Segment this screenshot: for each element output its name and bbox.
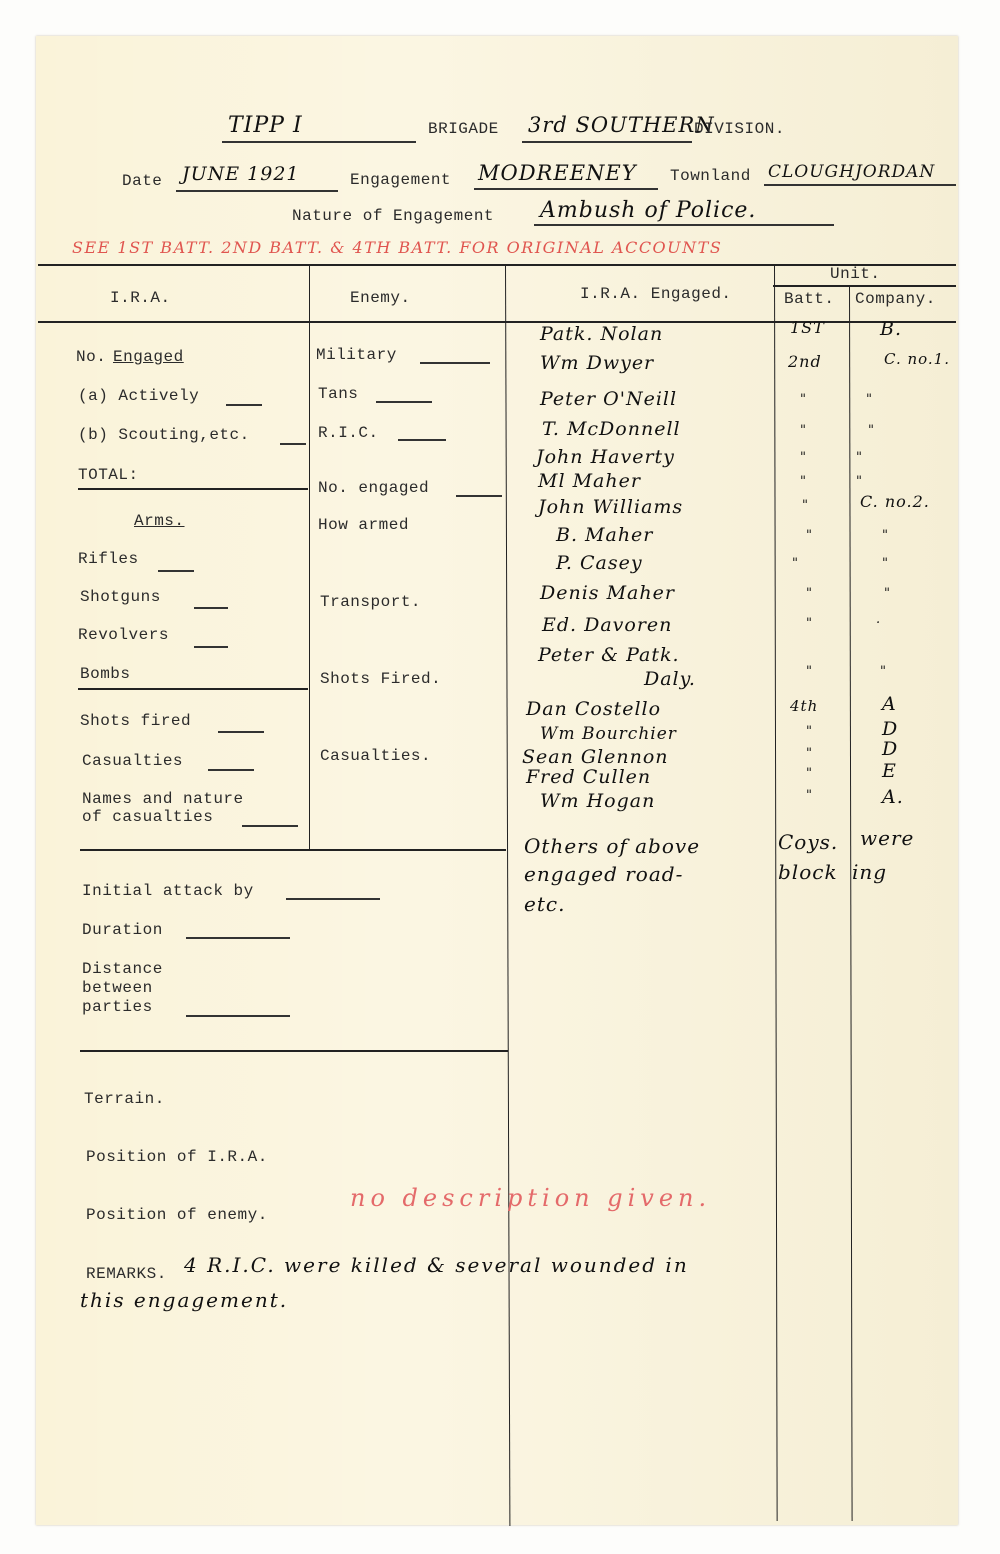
label-casualties: Casualties [82, 752, 183, 770]
engaged-batt: " [806, 528, 813, 543]
header-batt: Batt. [784, 290, 835, 308]
label-enemy-casualties: Casualties. [320, 747, 431, 765]
names-nature-blank [242, 825, 298, 827]
rifles-blank [158, 570, 194, 572]
engaged-company: " [868, 423, 875, 438]
nature-underline [534, 224, 834, 226]
scouting-blank [280, 443, 306, 445]
label-enemy-shots-fired: Shots Fired. [320, 670, 441, 688]
engaged-name: Peter O'Neill [540, 388, 677, 410]
engaged-batt: " [792, 556, 799, 571]
others-note-line2: block [778, 860, 838, 884]
label-transport: Transport. [320, 593, 421, 611]
engagement-underline [474, 188, 658, 190]
revolvers-blank [194, 646, 228, 648]
others-note-line3: etc. [524, 892, 565, 916]
engaged-batt: " [806, 788, 813, 803]
engaged-batt: 2nd [788, 352, 822, 371]
label-position-ira: Position of I.R.A. [86, 1148, 268, 1166]
engaged-company: C. no.2. [860, 492, 930, 511]
engaged-company: " [880, 664, 887, 679]
label-bombs: Bombs [80, 665, 131, 683]
label-distance-2: between [82, 979, 153, 997]
engaged-batt: " [800, 450, 807, 465]
red-note-original-accounts: SEE 1ST BATT. 2ND BATT. & 4TH BATT. FOR … [72, 238, 722, 257]
engaged-batt: " [806, 616, 813, 631]
engaged-name: John Haverty [536, 446, 675, 468]
townland-value: CLOUGHJORDAN [768, 162, 935, 182]
engaged-batt: 1ST [790, 318, 825, 337]
brigade-label: BRIGADE [428, 120, 499, 138]
engaged-name: T. McDonnell [542, 418, 681, 440]
remarks-line2: this engagement. [80, 1288, 288, 1312]
section-rule-initial-attack [80, 849, 506, 851]
others-note-line1: Others of above [524, 834, 700, 858]
unit-subheader-rule [773, 285, 956, 287]
header-ira: I.R.A. [110, 289, 171, 307]
engaged-name: Peter & Patk. [538, 644, 680, 666]
engagement-value: MODREENEY [478, 161, 637, 185]
header-unit: Unit. [830, 265, 881, 283]
engaged-batt: " [806, 586, 813, 601]
division-underline [522, 141, 692, 143]
engagement-label: Engagement [350, 171, 451, 189]
no-description-note: no description given. [350, 1184, 711, 1212]
engaged-company: " [856, 450, 863, 465]
label-ric: R.I.C. [318, 424, 379, 442]
military-blank [420, 362, 490, 364]
header-ira-engaged: I.R.A. Engaged. [580, 285, 732, 303]
engaged-name: Wm Bourchier [540, 724, 677, 744]
engaged-company: " [884, 586, 891, 601]
engaged-name: Denis Maher [540, 582, 675, 604]
tans-blank [376, 401, 432, 403]
engaged-name: Patk. Nolan [540, 323, 663, 345]
label-military: Military [316, 346, 397, 364]
table-top-rule [38, 264, 956, 266]
engaged-name: John Williams [538, 496, 683, 518]
engaged-name: P. Casey [556, 552, 643, 574]
others-note-line1: were [860, 826, 914, 850]
engaged-batt: " [806, 746, 813, 761]
remarks-line1: 4 R.I.C. were killed & several wounded i… [184, 1253, 689, 1277]
label-names-nature-1: Names and nature [82, 790, 244, 808]
label-shots-fired: Shots fired [80, 712, 191, 730]
others-note-line1: Coys. [778, 830, 838, 854]
others-note-line2: ing [852, 860, 887, 884]
engaged-company: A. [882, 786, 904, 808]
label-total: TOTAL: [78, 466, 139, 484]
date-value: JUNE 1921 [182, 163, 300, 185]
no-engaged-enemy-blank [456, 495, 502, 497]
section-rule-terrain [80, 1050, 508, 1052]
shotguns-blank [194, 607, 228, 609]
engaged-company: E [882, 760, 897, 782]
townland-label: Townland [670, 167, 751, 185]
label-no-engaged-enemy: No. engaged [318, 479, 429, 497]
engaged-name: Daly. [644, 668, 696, 690]
duration-blank [186, 937, 290, 939]
nature-value: Ambush of Police. [540, 198, 756, 223]
label-duration: Duration [82, 921, 163, 939]
engaged-company: A [882, 693, 897, 715]
townland-underline [764, 184, 956, 186]
engaged-company: . [876, 612, 881, 627]
label-actively: (a) Actively [78, 387, 199, 405]
label-scouting: (b) Scouting,etc. [78, 426, 250, 444]
header-enemy: Enemy. [350, 289, 411, 307]
nature-label: Nature of Engagement [292, 207, 494, 225]
distance-blank [186, 1015, 290, 1017]
initial-attack-blank [286, 898, 380, 900]
engaged-batt: 4th [790, 697, 818, 715]
label-initial-attack: Initial attack by [82, 882, 254, 900]
engaged-company: D [882, 718, 898, 740]
engaged-name: Wm Hogan [540, 790, 655, 812]
engaged-company: " [856, 474, 863, 489]
engaged-company: B. [880, 318, 902, 340]
engaged-company: " [882, 556, 889, 571]
engaged-batt: " [806, 766, 813, 781]
date-underline [176, 190, 338, 192]
others-note-line2: engaged road- [524, 862, 683, 886]
label-arms: Arms. [134, 512, 185, 530]
engaged-name: Sean Glennon [522, 746, 669, 768]
remarks-label: REMARKS. [86, 1265, 167, 1283]
shots-fired-blank [218, 731, 264, 733]
label-distance-3: parties [82, 998, 153, 1016]
label-rifles: Rifles [78, 550, 139, 568]
header-company: Company. [855, 290, 936, 308]
actively-blank [226, 404, 262, 406]
engaged-batt: " [806, 664, 813, 679]
label-shotguns: Shotguns [80, 588, 161, 606]
label-distance-1: Distance [82, 960, 163, 978]
engaged-name: Ml Maher [538, 470, 641, 492]
brigade-underline [222, 141, 416, 143]
division-label: DIVISION. [694, 120, 785, 138]
label-names-nature-2: of casualties [82, 808, 213, 826]
engaged-name: Fred Cullen [526, 766, 651, 788]
label-engaged: Engaged [113, 348, 184, 366]
engaged-name: Dan Costello [526, 698, 661, 720]
label-revolvers: Revolvers [78, 626, 169, 644]
label-how-armed: How armed [318, 516, 409, 534]
engaged-company: " [866, 392, 873, 407]
engaged-name: Ed. Davoren [542, 614, 672, 636]
column-divider-ira-enemy [309, 264, 310, 850]
label-terrain: Terrain. [84, 1090, 165, 1108]
engaged-company: D [882, 738, 898, 760]
division-value: 3rd SOUTHERN [528, 113, 715, 137]
engaged-name: B. Maher [556, 524, 653, 546]
total-rule [78, 488, 308, 490]
engaged-company: C. no.1. [884, 350, 950, 368]
engaged-batt: " [800, 423, 807, 438]
engaged-company: " [882, 528, 889, 543]
bombs-rule [78, 688, 308, 690]
brigade-value: TIPP I [228, 113, 303, 138]
label-position-enemy: Position of enemy. [86, 1206, 268, 1224]
engaged-batt: " [800, 392, 807, 407]
date-label: Date [122, 172, 162, 190]
engaged-name: Wm Dwyer [540, 352, 654, 374]
label-no: No. [76, 348, 106, 366]
engaged-batt: " [806, 724, 813, 739]
label-tans: Tans [318, 385, 358, 403]
ric-blank [398, 439, 446, 441]
casualties-blank [208, 769, 254, 771]
engaged-batt: " [800, 474, 807, 489]
engaged-batt: " [802, 498, 809, 513]
